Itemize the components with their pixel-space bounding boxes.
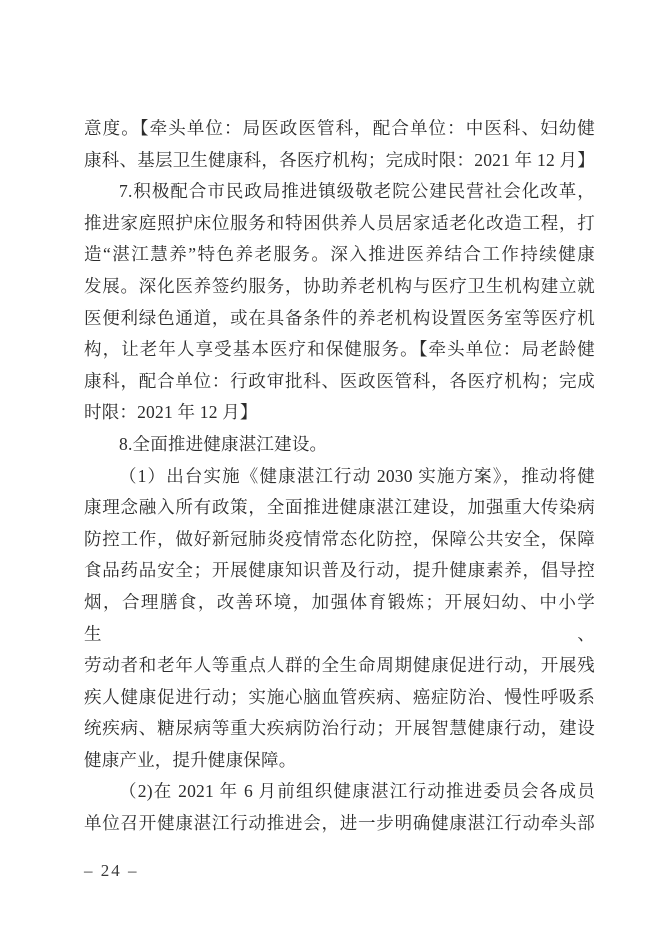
text-line: 劳动者和老年人等重点人群的全生命周期健康促进行动，开展残 [84, 650, 595, 682]
text-line: 构，让老年人享受基本医疗和保健服务。【牵头单位：局老龄健 [84, 334, 595, 366]
document-body: 意度。【牵头单位：局医政医管科，配合单位：中医科、妇幼健 康科、基层卫生健康科，… [84, 113, 595, 840]
text-line: 时限：2021 年 12 月】 [84, 397, 595, 429]
text-line: 防控工作，做好新冠肺炎疫情常态化防控，保障公共安全，保障 [84, 524, 595, 556]
text-line: 康科，配合单位：行政审批科、医政医管科，各医疗机构；完成 [84, 366, 595, 398]
text-line: 8.全面推进健康湛江建设。 [84, 429, 595, 461]
text-line: 意度。【牵头单位：局医政医管科，配合单位：中医科、妇幼健 [84, 113, 595, 145]
text-line: （1）出台实施《健康湛江行动 2030 实施方案》，推动将健 [84, 461, 595, 493]
text-line: 疾人健康促进行动；实施心脑血管疾病、癌症防治、慢性呼吸系 [84, 682, 595, 714]
page-number: – 24 – [84, 861, 139, 881]
text-line: 造“湛江慧养”特色养老服务。深入推进医养结合工作持续健康 [84, 239, 595, 271]
text-line: 食品药品安全；开展健康知识普及行动，提升健康素养，倡导控 [84, 555, 595, 587]
text-line: 健康产业，提升健康保障。 [84, 745, 595, 777]
text-line: 烟，合理膳食，改善环境，加强体育锻炼；开展妇幼、中小学生、 [84, 587, 595, 650]
document-page: 意度。【牵头单位：局医政医管科，配合单位：中医科、妇幼健 康科、基层卫生健康科，… [0, 0, 669, 950]
text-line: 推进家庭照护床位服务和特困供养人员居家适老化改造工程，打 [84, 208, 595, 240]
text-line: 单位召开健康湛江行动推进会，进一步明确健康湛江行动牵头部 [84, 808, 595, 840]
text-line: 发展。深化医养签约服务，协助养老机构与医疗卫生机构建立就 [84, 271, 595, 303]
text-line: （2)在 2021 年 6 月前组织健康湛江行动推进委员会各成员 [84, 776, 595, 808]
text-line: 7.积极配合市民政局推进镇级敬老院公建民营社会化改革， [84, 176, 595, 208]
text-line: 康科、基层卫生健康科，各医疗机构；完成时限：2021 年 12 月】 [84, 145, 595, 177]
text-line: 医便利绿色通道，或在具备条件的养老机构设置医务室等医疗机 [84, 303, 595, 335]
text-line: 统疾病、糖尿病等重大疾病防治行动；开展智慧健康行动，建设 [84, 713, 595, 745]
text-line: 康理念融入所有政策，全面推进健康湛江建设，加强重大传染病 [84, 492, 595, 524]
